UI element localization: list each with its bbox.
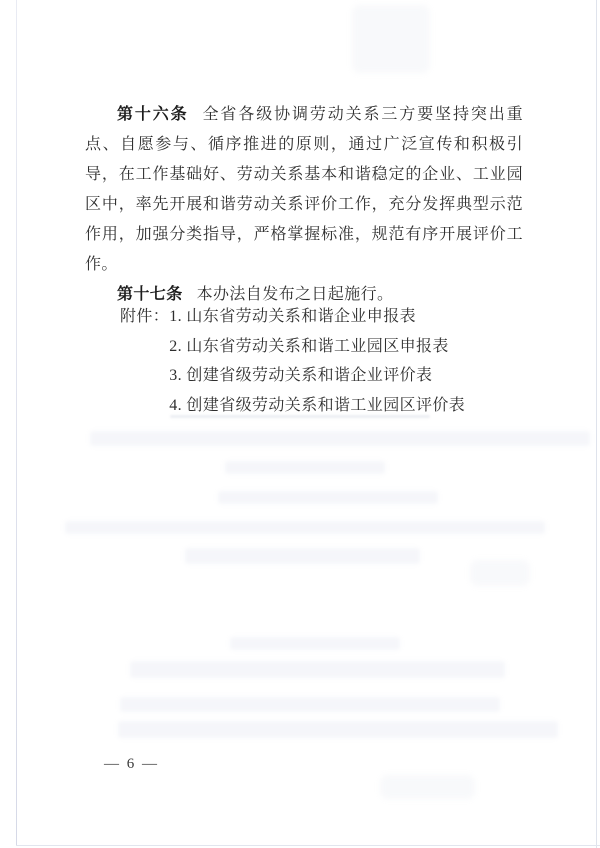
scan-edge-bottom xyxy=(16,845,600,846)
article-16-heading: 第十六条 xyxy=(117,106,189,123)
attachment-item-4: 4. 创建省级劳动关系和谐工业园区评价表 xyxy=(169,391,465,421)
bleed-through-smudge xyxy=(185,548,420,564)
attachment-item-1: 1. 山东省劳动关系和谐企业申报表 xyxy=(169,302,465,332)
bleed-through-smudge xyxy=(470,560,530,586)
scanned-document-page: 第十六条全省各级协调劳动关系三方要坚持突出重点、自愿参与、循序推进的原则，通过广… xyxy=(0,0,600,848)
bleed-through-smudge xyxy=(352,5,430,73)
article-text-block: 第十六条全省各级协调劳动关系三方要坚持突出重点、自愿参与、循序推进的原则，通过广… xyxy=(85,100,523,310)
bleed-through-smudge xyxy=(225,461,385,474)
attachment-item-2: 2. 山东省劳动关系和谐工业园区申报表 xyxy=(169,332,465,362)
article-17-heading: 第十七条 xyxy=(117,286,183,303)
scan-edge-right xyxy=(596,0,597,848)
bleed-through-smudge xyxy=(120,697,500,712)
bleed-through-smudge xyxy=(130,661,505,678)
bleed-through-smudge xyxy=(90,431,590,446)
page-number: — 6 — xyxy=(104,756,159,773)
attachments-list: 1. 山东省劳动关系和谐企业申报表 2. 山东省劳动关系和谐工业园区申报表 3.… xyxy=(169,302,465,420)
attachments-section: 附件： 1. 山东省劳动关系和谐企业申报表 2. 山东省劳动关系和谐工业园区申报… xyxy=(120,302,465,420)
attachment-item-3: 3. 创建省级劳动关系和谐企业评价表 xyxy=(169,361,465,391)
article-17-body: 本办法自发布之日起施行。 xyxy=(197,286,394,303)
attachments-label: 附件： xyxy=(120,302,169,332)
article-16-body: 全省各级协调劳动关系三方要坚持突出重点、自愿参与、循序推进的原则，通过广泛宣传和… xyxy=(85,106,523,273)
bleed-through-smudge xyxy=(230,637,400,650)
bleed-through-smudge xyxy=(218,491,438,504)
scan-edge-left xyxy=(16,0,17,846)
bleed-through-smudge xyxy=(118,721,558,738)
bleed-through-smudge xyxy=(380,775,475,799)
article-16-paragraph: 第十六条全省各级协调劳动关系三方要坚持突出重点、自愿参与、循序推进的原则，通过广… xyxy=(85,100,523,280)
bleed-through-smudge xyxy=(65,521,545,534)
